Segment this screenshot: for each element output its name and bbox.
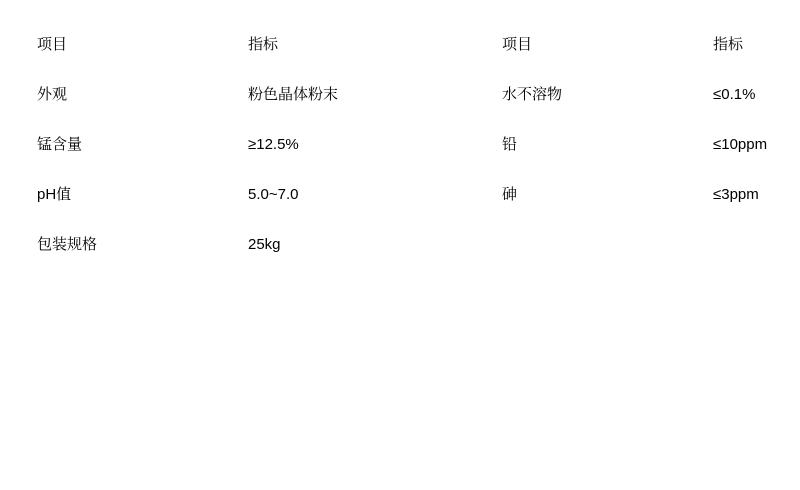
table-row: 水不溶物 ≤0.1% — [502, 86, 767, 136]
item-cell: 包装规格 — [37, 236, 248, 254]
item-cell: 锰含量 — [37, 136, 248, 154]
column-header-item: 项目 — [37, 36, 248, 54]
table-row: pH值 5.0~7.0 — [37, 186, 338, 236]
table-header-row: 项目 指标 — [502, 36, 767, 86]
spec-cell: ≤0.1% — [713, 86, 755, 104]
spec-cell: 粉色晶体粉末 — [248, 86, 338, 104]
item-cell: 铅 — [502, 136, 713, 154]
table-row: 铅 ≤10ppm — [502, 136, 767, 186]
spec-cell: 25kg — [248, 236, 281, 254]
table-row: 砷 ≤3ppm — [502, 186, 767, 236]
item-cell: 水不溶物 — [502, 86, 713, 104]
column-header-spec: 指标 — [713, 36, 743, 54]
spec-cell: ≤3ppm — [713, 186, 759, 204]
spec-cell: ≤10ppm — [713, 136, 767, 154]
table-header-row: 项目 指标 — [37, 36, 338, 86]
spec-cell: ≥12.5% — [248, 136, 299, 154]
spec-sheet-page: 项目 指标 外观 粉色晶体粉末 锰含量 ≥12.5% pH值 5.0~7.0 包… — [0, 0, 800, 490]
spec-cell: 5.0~7.0 — [248, 186, 298, 204]
column-header-spec: 指标 — [248, 36, 278, 54]
table-row: 包装规格 25kg — [37, 236, 338, 286]
item-cell: pH值 — [37, 186, 248, 204]
item-cell: 砷 — [502, 186, 713, 204]
spec-table-left: 项目 指标 外观 粉色晶体粉末 锰含量 ≥12.5% pH值 5.0~7.0 包… — [37, 36, 338, 286]
table-row: 锰含量 ≥12.5% — [37, 136, 338, 186]
item-cell: 外观 — [37, 86, 248, 104]
column-header-item: 项目 — [502, 36, 713, 54]
table-row: 外观 粉色晶体粉末 — [37, 86, 338, 136]
spec-table-right: 项目 指标 水不溶物 ≤0.1% 铅 ≤10ppm 砷 ≤3ppm — [502, 36, 767, 236]
